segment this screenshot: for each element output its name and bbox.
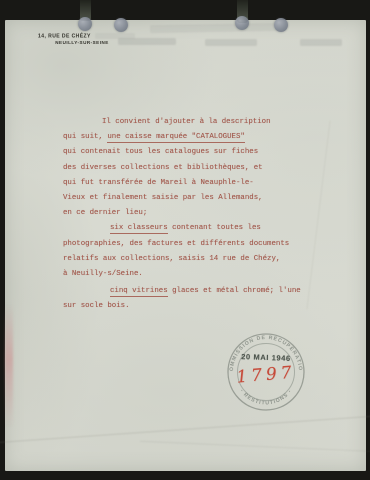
typed-line: relatifs aux collections, saisis 14 rue … (63, 252, 315, 267)
typed-line: Vieux et finalement saisie par les Allem… (63, 191, 315, 206)
typed-line: Il convient d'ajouter à la description (63, 115, 315, 130)
typed-line: qui suit, une caisse marquée "CATALOGUES… (63, 130, 315, 145)
fastener-grommet-icon (235, 16, 249, 30)
typed-line: six classeurs contenant toutes les (63, 221, 315, 236)
date-stamp: COMMISSION DE RÉCUPÉRATION - RESTITUTION… (224, 330, 308, 414)
typed-segment: à Neuilly-s/Seine. (63, 270, 143, 278)
typed-line: sur socle bois. (63, 299, 315, 314)
paper-underlay (5, 303, 13, 428)
letterhead-address: 14, RUE DE CHÉZY (38, 34, 109, 39)
typed-segment-underlined: cinq vitrines (110, 287, 168, 297)
stamp-ring-text-bottom: - RESTITUTIONS - (239, 388, 294, 406)
svg-text:- RESTITUTIONS -: - RESTITUTIONS - (239, 388, 294, 406)
typed-line: en ce dernier lieu; (63, 206, 315, 221)
typed-paragraph: six classeurs contenant toutes lesphotog… (63, 221, 315, 282)
ghost-text-smudge (300, 39, 342, 46)
typed-line: des diverses collections et bibliothèque… (63, 161, 315, 176)
letterhead-city: NEUILLY-SUR-SEINE (55, 40, 108, 45)
ghost-text-smudge (205, 39, 257, 46)
typed-paragraph: Il convient d'ajouter à la descriptionqu… (63, 115, 315, 221)
typed-segment-underlined: six classeurs (110, 224, 168, 234)
typed-segment: Il convient d'ajouter à la description (102, 118, 271, 126)
typed-segment: contenant toutes les (168, 224, 261, 232)
typed-segment: en ce dernier lieu; (63, 209, 147, 217)
typed-segment: glaces et métal chromé; l'une (168, 287, 301, 295)
typed-line: photographies, des factures et différent… (63, 237, 315, 252)
typed-segment: qui suit, (63, 133, 107, 141)
typed-segment: Vieux et finalement saisie par les Allem… (63, 194, 263, 202)
fastener-grommet-icon (78, 17, 92, 31)
typed-text: Il convient d'ajouter à la descriptionqu… (63, 115, 315, 315)
fastener-grommet-icon (274, 18, 288, 32)
typed-line: qui contenait tous les catalogues sur fi… (63, 145, 315, 160)
typed-line: qui fut transférée de Mareil à Neauphle-… (63, 176, 315, 191)
letterhead: 14, RUE DE CHÉZY NEUILLY-SUR-SEINE (38, 34, 109, 46)
typed-segment: qui fut transférée de Mareil à Neauphle-… (63, 179, 254, 187)
ghost-text-smudge (118, 38, 176, 45)
typed-segment: des diverses collections et bibliothèque… (63, 164, 263, 172)
typed-segment: qui contenait tous les catalogues sur fi… (63, 148, 258, 156)
typed-line: à Neuilly-s/Seine. (63, 267, 315, 282)
typed-paragraph: cinq vitrines glaces et métal chromé; l'… (63, 284, 315, 314)
typed-line: cinq vitrines glaces et métal chromé; l'… (63, 284, 315, 299)
typed-segment: photographies, des factures et différent… (63, 240, 289, 248)
typed-segment: sur socle bois. (63, 302, 130, 310)
fastener-grommet-icon (114, 18, 128, 32)
typed-segment: relatifs aux collections, saisis 14 rue … (63, 255, 280, 263)
typed-segment-underlined: une caisse marquée "CATALOGUES" (107, 133, 245, 143)
